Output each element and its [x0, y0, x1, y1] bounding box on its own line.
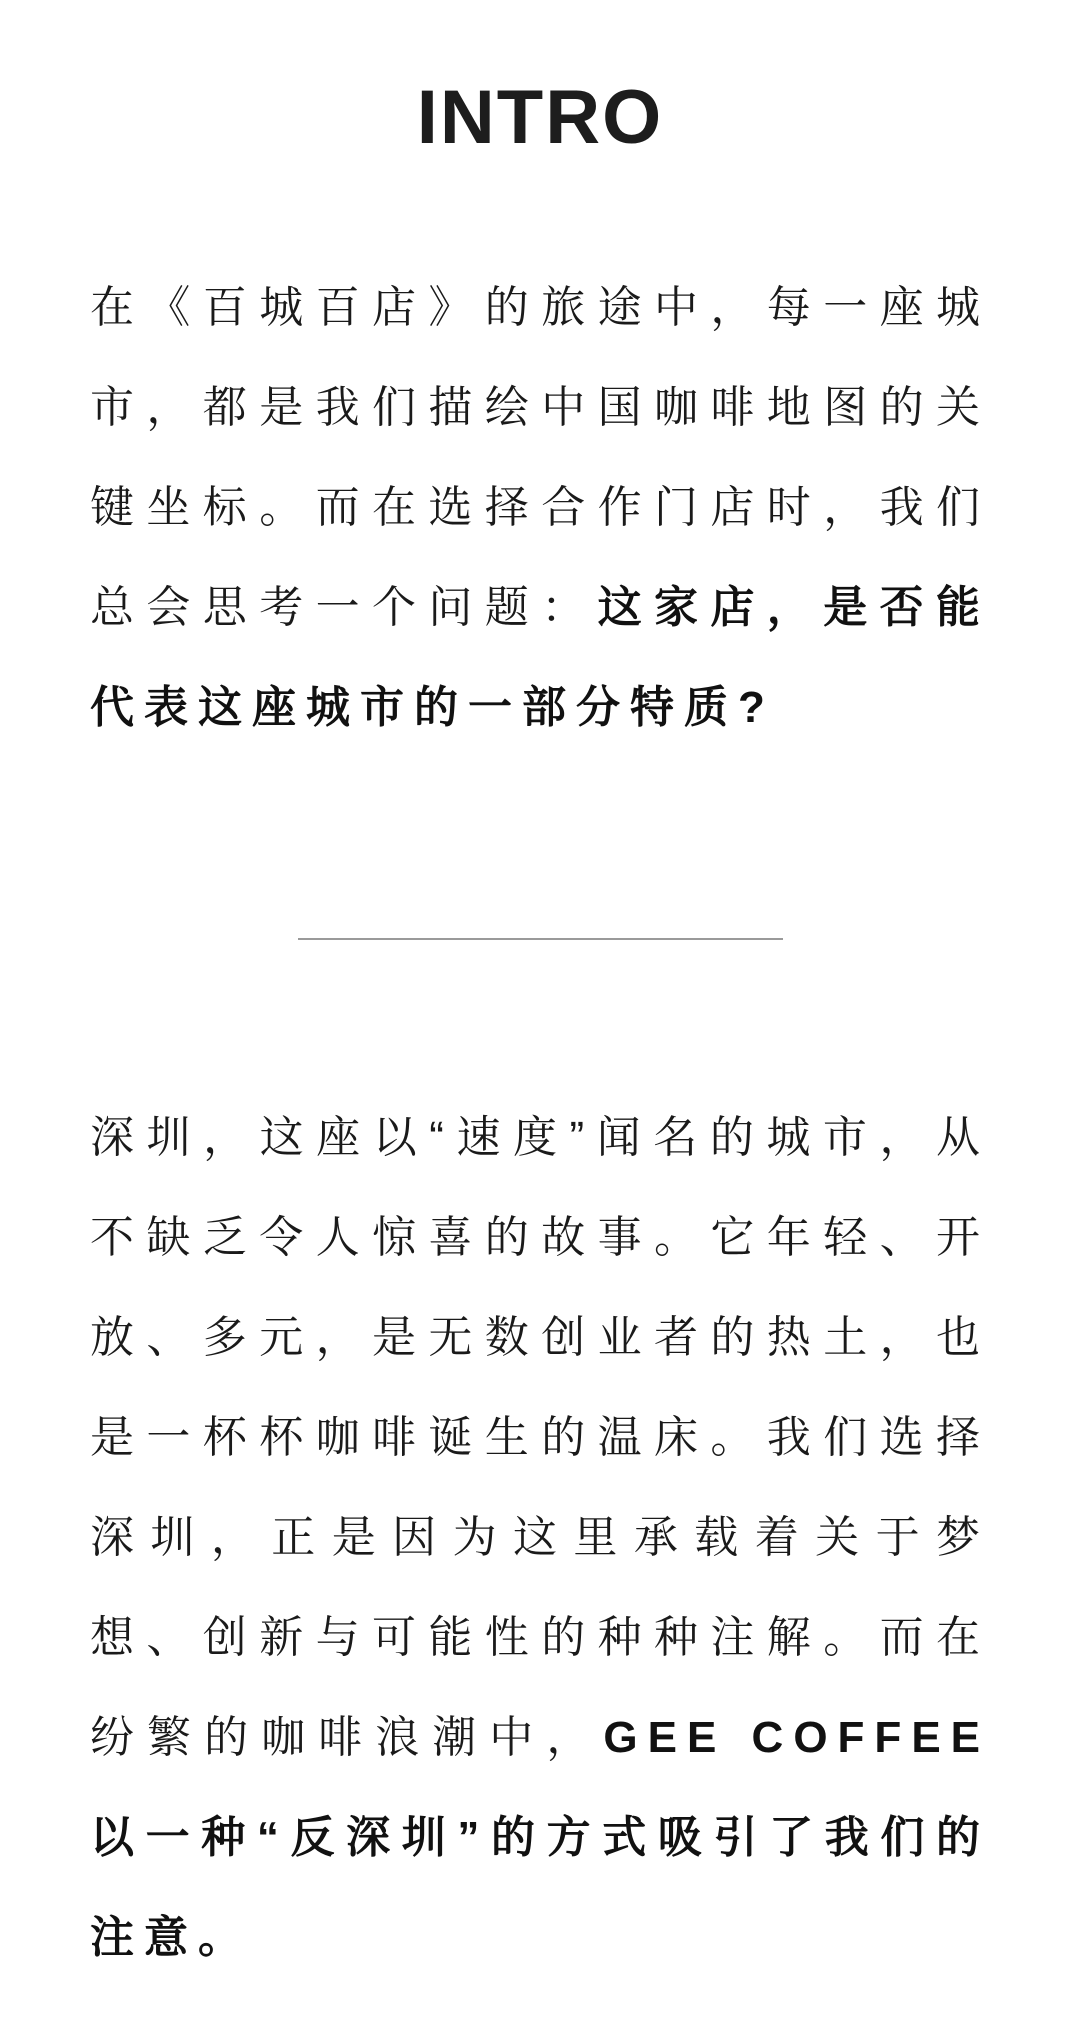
section-divider [298, 938, 783, 940]
page-title: INTRO [90, 78, 990, 158]
article-page: INTRO 在《百城百店》的旅途中，每一座城市，都是我们描绘中国咖啡地图的关键坐… [0, 0, 1080, 2028]
paragraph-2-regular-text: 深圳，这座以“速度”闻名的城市，从不缺乏令人惊喜的故事。它年轻、开放、多元，是无… [90, 1113, 990, 1762]
intro-paragraph-1: 在《百城百店》的旅途中，每一座城市，都是我们描绘中国咖啡地图的关键坐标。而在选择… [90, 258, 990, 758]
paragraph-1-regular-text: 在《百城百店》的旅途中，每一座城市，都是我们描绘中国咖啡地图的关键坐标。而在选择… [90, 283, 990, 632]
intro-paragraph-2: 深圳，这座以“速度”闻名的城市，从不缺乏令人惊喜的故事。它年轻、开放、多元，是无… [90, 1088, 990, 1988]
